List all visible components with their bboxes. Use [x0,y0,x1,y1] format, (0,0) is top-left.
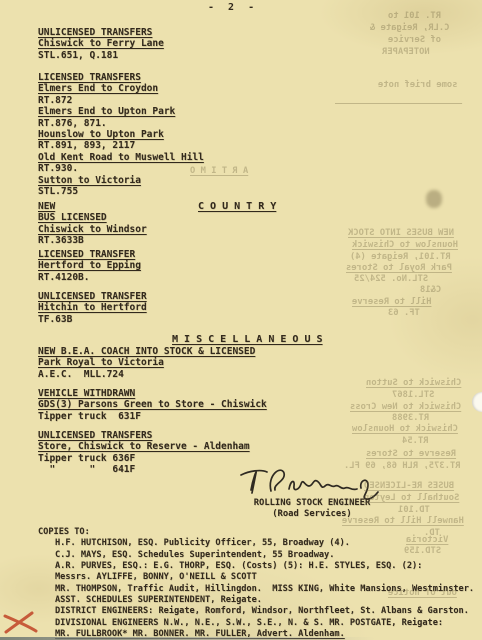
section-line: " " 641F [38,464,250,475]
bleedthrough-line: NEW BUSES INTO STOCK [348,228,454,238]
section-heading: UNLICENSED TRANSFERS [38,27,164,38]
section-heading: UNLICENSED TRANSFER [38,291,147,302]
section-line: TF.63B [38,314,147,325]
section-line: Store, Chiswick to Reserve - Aldenham [38,441,250,452]
copies-line: DISTRICT ENGINEERS: Reigate, Romford, Wi… [55,606,474,617]
bleedthrough-line: Reserve to Stores [366,449,456,459]
section-line: STL.651, Q.181 [38,50,164,61]
section-heading: UNLICENSED TRANSFERS [38,430,250,441]
doc-section: NEW B.E.A. COACH INTO STOCK & LICENSEDPa… [38,346,255,380]
bleedthrough-line: of Service [388,35,441,45]
bleedthrough-line: BUSES RE-LICENSED [364,481,454,491]
section-line: STL.755 [38,186,204,197]
bleedthrough-line: out of notice [388,588,457,598]
bleedthrough-line: RT.54 [402,436,428,446]
bleedthrough-line: Southall to Leyton [364,493,459,503]
section-line: Hertford to Epping [38,260,141,271]
bleedthrough-line [335,94,462,104]
section-line: Chiswick to Ferry Lane [38,38,164,49]
bleedthrough-line: Chiswick to Sutton [366,378,461,388]
bleedthrough-line: A R T I M O [190,166,248,176]
ink-smudge [426,190,442,208]
bleedthrough-line: RT.375, RLH 68, 69 FL. [344,461,461,471]
section-line: RT.4120B. [38,272,141,283]
section-line: RT.891, 893, 2117 [38,140,204,151]
copies-line: A.R. PURVES, ESQ.: E.G. THORP, ESQ. (Cos… [55,561,474,572]
section-heading: VEHICLE WITHDRAWN [38,388,267,399]
bleedthrough-line: RT.101, Reigate (4) [350,252,451,262]
section-line: RT.3633B [38,235,147,246]
bleedthrough-line: STD.159 [404,546,441,556]
section-line: Old Kent Road to Muswell Hill [38,152,204,163]
section-line: Chiswick to Windsor [38,224,147,235]
miscellaneous-heading: M I S C E L L A N E O U S [172,334,323,345]
bleedthrough-line: NOTEPAPER [382,47,430,57]
bleedthrough-line: Chiswick to Hounslow [352,424,458,434]
hole-punch-notch [472,392,482,412]
copies-line: Messrs. AYLIFFE, BONNY, O'NEILL & SCOTT [55,572,474,583]
bleedthrough-line: Park Royal to Stores [346,263,452,273]
section-line: Tipper truck 636F [38,453,250,464]
section-line: BUS LICENSED [38,212,147,223]
section-heading: LICENSED TRANSFERS [38,72,204,83]
bleedthrough-line: some brief note [378,80,457,90]
section-heading: NEW B.E.A. COACH INTO STOCK & LICENSED [38,346,255,357]
section-heading: NEW [38,201,147,212]
bleedthrough-line: Victoria [406,535,448,545]
bleedthrough-line: TD.101 [398,505,430,515]
bleedthrough-line: TF. 63 [388,308,420,318]
bleedthrough-line: RT. 101 to [388,11,441,21]
bleedthrough-line: Chiswick to New Cross [350,402,461,412]
bleedthrough-line: Hill to Reserve [352,297,431,307]
section-line: Hounslow to Upton Park [38,129,204,140]
red-x-mark [2,611,40,635]
bleedthrough-line: STL.No. 524/25 [354,274,428,284]
bleedthrough-line: C&18 [420,285,441,295]
doc-section: UNLICENSED TRANSFERHitchin to HertfordTF… [38,291,147,325]
section-line: Tipper truck 631F [38,411,267,422]
copies-line: DIVISIONAL ENGINEERS N.W., N.E., S.W., S… [55,618,474,629]
section-line: Hitchin to Hertford [38,302,147,313]
section-line: Sutton to Victoria [38,175,204,186]
bleedthrough-line: C.LR, Reigate & [370,23,449,33]
bleedthrough-line: Hounslow to Chiswick [352,240,458,250]
section-heading: LICENSED TRANSFER [38,249,141,260]
scanned-document-page: - 2 - UNLICENSED TRANSFERSChiswick to Fe… [0,0,482,640]
bleedthrough-line: RT.3988 [392,413,429,423]
section-line: Elmers End to Croydon [38,83,204,94]
section-line: RT.930. [38,163,204,174]
section-line: RT.872 [38,95,204,106]
bleedthrough-line: Hanwell Hill to Reserve [342,516,464,526]
section-line: Park Royal to Victoria [38,357,255,368]
bleedthrough-line: STL.1867 [392,390,434,400]
section-line: Elmers End to Upton Park [38,106,204,117]
page-number: - 2 - [208,2,258,13]
doc-section: VEHICLE WITHDRAWNGDS(3) Parsons Green to… [38,388,267,422]
doc-section: LICENSED TRANSFERHertford to EppingRT.41… [38,249,141,283]
section-line: GDS(3) Parsons Green to Store - Chiswick [38,399,267,410]
doc-section: LICENSED TRANSFERSElmers End to CroydonR… [38,72,204,197]
country-heading: C O U N T R Y [198,201,276,212]
doc-section: UNLICENSED TRANSFERSStore, Chiswick to R… [38,430,250,476]
section-line: RT.876, 871. [38,118,204,129]
section-line: A.E.C. MLL.724 [38,369,255,380]
doc-section: UNLICENSED TRANSFERSChiswick to Ferry La… [38,27,164,61]
doc-section: NEWBUS LICENSEDChiswick to WindsorRT.363… [38,201,147,247]
